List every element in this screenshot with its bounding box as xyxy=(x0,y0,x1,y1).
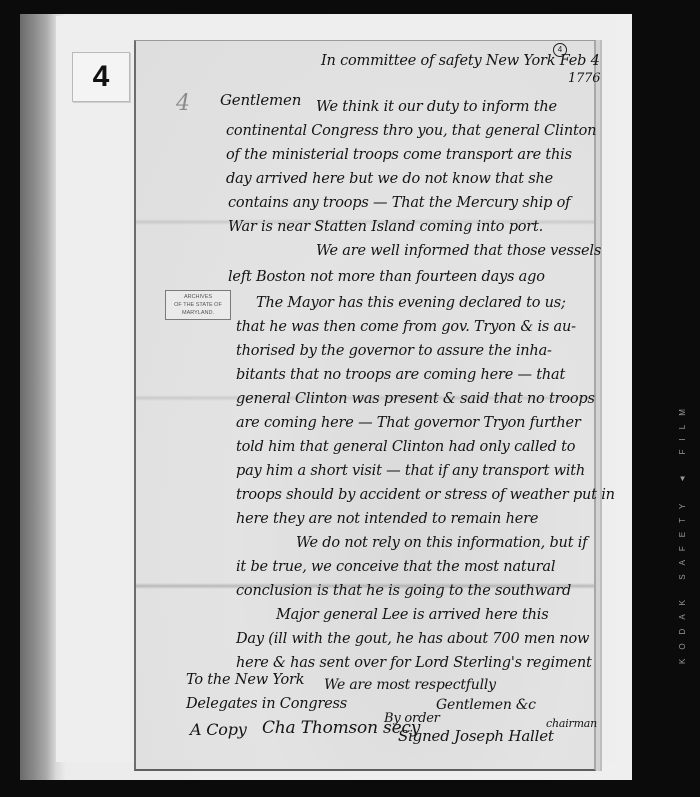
copy-label: A Copy xyxy=(190,720,247,739)
archives-stamp-line1: ARCHIVES xyxy=(166,293,230,301)
body-line: We do not rely on this information, but … xyxy=(296,535,587,551)
body-line: continental Congress thro you, that gene… xyxy=(226,123,596,139)
address-line-1: To the New York xyxy=(186,672,304,688)
body-line: thorised by the governor to assure the i… xyxy=(236,343,552,359)
copy-attested-by: Cha Thomson secy xyxy=(262,718,420,738)
body-line: pay him a short visit — that if any tran… xyxy=(236,463,585,479)
body-line: We think it our duty to inform the xyxy=(316,99,557,115)
film-edge-print: KODAK SAFETY ▲ FILM xyxy=(678,400,692,797)
body-line: We are well informed that those vessels xyxy=(316,243,601,259)
body-line: told him that general Clinton had only c… xyxy=(236,439,575,455)
address-line-2: Delegates in Congress xyxy=(186,696,347,712)
body-line: here & has sent over for Lord Sterling's… xyxy=(236,655,592,671)
letter-year: 1776 xyxy=(568,71,600,86)
body-line: bitants that no troops are coming here —… xyxy=(236,367,565,383)
closing-line: We are most respectfully xyxy=(324,677,496,693)
margin-pencil-number: 4 xyxy=(176,91,190,116)
frame-number-tab: 4 xyxy=(72,52,130,102)
signature-title: chairman xyxy=(546,717,597,730)
salutation: Gentlemen xyxy=(220,91,301,109)
archives-stamp-line2: OF THE STATE OF xyxy=(166,301,230,309)
body-line: Day (ill with the gout, he has about 700… xyxy=(236,631,589,647)
body-line: it be true, we conceive that the most na… xyxy=(236,559,555,575)
body-line: The Mayor has this evening declared to u… xyxy=(256,295,566,311)
body-line: conclusion is that he is going to the so… xyxy=(236,583,571,599)
body-line: contains any troops — That the Mercury s… xyxy=(228,195,570,211)
closing-salutation: Gentlemen &c xyxy=(436,697,536,713)
body-line: left Boston not more than fourteen days … xyxy=(228,269,545,285)
manuscript-letter: 4 4 In committee of safety New York Feb … xyxy=(134,40,596,771)
letter-heading: In committee of safety New York Feb 4 xyxy=(321,53,600,69)
archives-stamp-line3: MARYLAND. xyxy=(166,309,230,317)
body-line: War is near Statten Island coming into p… xyxy=(228,219,543,235)
body-line: general Clinton was present & said that … xyxy=(236,391,595,407)
body-line: day arrived here but we do not know that… xyxy=(226,171,553,187)
body-line: of the ministerial troops come transport… xyxy=(226,147,572,163)
body-line: that he was then come from gov. Tryon & … xyxy=(236,319,576,335)
archives-stamp: ARCHIVES OF THE STATE OF MARYLAND. xyxy=(165,290,231,320)
body-line: Major general Lee is arrived here this xyxy=(276,607,548,623)
body-line: troops should by accident or stress of w… xyxy=(236,487,615,503)
signature-name: Signed Joseph Hallet xyxy=(398,727,554,745)
body-line: are coming here — That governor Tryon fu… xyxy=(236,415,581,431)
body-line: here they are not intended to remain her… xyxy=(236,511,538,527)
